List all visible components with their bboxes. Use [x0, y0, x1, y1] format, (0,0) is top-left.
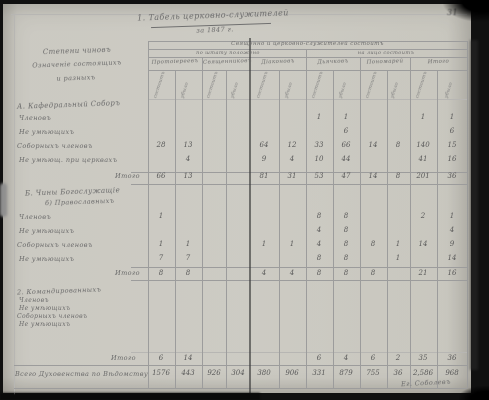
- cell-value: 36: [448, 173, 457, 180]
- grid-line: [306, 49, 307, 70]
- section-heading: 2. Командированныхъ: [17, 287, 101, 296]
- cell-value: 1: [450, 114, 454, 121]
- cell-value: 15: [448, 142, 457, 149]
- cell-value: 12: [288, 142, 297, 149]
- table-row: 49410444116: [3, 156, 471, 166]
- cell-value: 4: [317, 227, 321, 234]
- table-row: 1111: [3, 114, 471, 124]
- grid-line: [131, 267, 467, 268]
- table-row: 66138131534714820136: [3, 173, 471, 183]
- cell-value: 53: [315, 173, 324, 180]
- table-row: 61464623536: [3, 355, 471, 365]
- scan-corner-shadow: [443, 0, 489, 22]
- grid-line: [14, 365, 467, 366]
- cell-value: 8: [371, 270, 375, 277]
- cell-value: 4: [290, 270, 294, 277]
- column-header: состоитъ: [256, 71, 269, 99]
- cell-value: 1: [159, 241, 163, 248]
- section-heading: А. Кафедральный Соборъ: [17, 100, 121, 111]
- group-header: Протоіереевъ: [149, 59, 201, 66]
- cell-value: 1: [396, 255, 400, 262]
- cell-value: 21: [419, 270, 428, 277]
- cell-value: 1: [159, 213, 163, 220]
- page-edge-line-left: [14, 14, 15, 396]
- group-header: Діаконовъ: [252, 59, 304, 66]
- cell-value: 9: [262, 156, 266, 163]
- cell-value: 906: [285, 370, 298, 377]
- stub-header-line2: Означеніе состоящихъ: [13, 59, 141, 70]
- cell-value: 66: [157, 173, 166, 180]
- cell-value: 64: [260, 142, 269, 149]
- grid-line: [131, 352, 467, 353]
- cell-value: 8: [317, 270, 321, 277]
- cell-value: 14: [419, 241, 428, 248]
- grid-line: [148, 99, 467, 100]
- grid-line: [131, 280, 467, 281]
- table-row: 1576443926304380906331879755362,586968: [3, 370, 471, 380]
- section-subheading: б) Православныхъ: [45, 198, 115, 207]
- stub-header-line3: и разныхъ: [31, 73, 121, 83]
- page-title: 1. Табель церковно-служителей: [131, 9, 295, 23]
- cell-value: 1: [421, 114, 425, 121]
- table-row: 88448882116: [3, 270, 471, 280]
- scanned-page: 1. Табель церковно-служителей за 1847 г.…: [3, 4, 471, 393]
- cell-value: 28: [157, 142, 166, 149]
- cell-value: 4: [344, 355, 348, 362]
- cell-value: 6: [344, 128, 348, 135]
- scan-smudge: [0, 183, 7, 217]
- column-header: убыло: [444, 82, 454, 99]
- cell-value: 8: [344, 255, 348, 262]
- cell-value: 6: [450, 128, 454, 135]
- cell-value: 6: [159, 355, 163, 362]
- cell-value: 9: [450, 241, 454, 248]
- cell-value: 1: [396, 241, 400, 248]
- cell-value: 14: [448, 255, 457, 262]
- cell-value: 4: [290, 156, 294, 163]
- cell-value: 8: [344, 213, 348, 220]
- column-header: убыло: [338, 82, 348, 99]
- cell-value: 8: [344, 227, 348, 234]
- cell-value: 14: [369, 173, 378, 180]
- cell-value: 16: [448, 270, 457, 277]
- cell-value: 1: [450, 213, 454, 220]
- cell-value: 2: [421, 213, 425, 220]
- header-band1: Священно и церковно-служителей состоитъ: [148, 42, 467, 48]
- cell-value: 6: [317, 355, 321, 362]
- column-header: состоитъ: [311, 71, 324, 99]
- cell-value: 14: [184, 355, 193, 362]
- cell-value: 6: [371, 355, 375, 362]
- cell-value: 66: [342, 142, 351, 149]
- group-header: Священниковъ: [203, 59, 248, 66]
- cell-value: 35: [419, 355, 428, 362]
- grid-line: [131, 184, 467, 185]
- cell-value: 14: [369, 142, 378, 149]
- column-header: убыло: [284, 82, 294, 99]
- scan-edge-shadow: [0, 393, 260, 400]
- cell-value: 968: [445, 370, 458, 377]
- column-header: убыло: [180, 82, 190, 99]
- cell-value: 1: [262, 241, 266, 248]
- cell-value: 31: [288, 173, 297, 180]
- cell-value: 331: [312, 370, 325, 377]
- cell-value: 1: [344, 114, 348, 121]
- page-subtitle: за 1847 г.: [175, 26, 255, 35]
- cell-value: 44: [342, 156, 351, 163]
- cell-value: 1: [186, 241, 190, 248]
- table-row: 484: [3, 227, 471, 237]
- column-header: состоитъ: [206, 71, 219, 99]
- cell-value: 8: [371, 241, 375, 248]
- group-header: Итого: [412, 59, 465, 66]
- cell-value: 2: [396, 355, 400, 362]
- cell-value: 1: [317, 114, 321, 121]
- cell-value: 380: [257, 370, 270, 377]
- cell-value: 140: [416, 142, 429, 149]
- cell-value: 755: [366, 370, 379, 377]
- stub-header-line1: Степени чиновъ: [19, 46, 135, 57]
- cell-value: 2,586: [413, 370, 433, 377]
- column-header: состоитъ: [415, 71, 428, 99]
- column-header: состоитъ: [365, 71, 378, 99]
- table-row: 11114881149: [3, 241, 471, 251]
- cell-value: 1576: [152, 370, 170, 377]
- cell-value: 926: [207, 370, 220, 377]
- cell-value: 7: [186, 255, 190, 262]
- scan-edge-shadow: [470, 40, 478, 370]
- cell-value: 443: [181, 370, 194, 377]
- cell-value: 201: [416, 173, 429, 180]
- grid-line: [360, 57, 361, 70]
- cell-value: 4: [450, 227, 454, 234]
- cell-value: 4: [262, 270, 266, 277]
- cell-value: 10: [315, 156, 324, 163]
- cell-value: 8: [186, 270, 190, 277]
- cell-value: 13: [184, 173, 193, 180]
- cell-value: 13: [184, 142, 193, 149]
- cell-value: 8: [344, 270, 348, 277]
- table-row: [3, 321, 471, 331]
- group-header: Пономарей: [362, 59, 408, 66]
- header-band2-right: на лицо состоитъ: [310, 51, 462, 56]
- header-band2-left: по штату положено: [153, 51, 303, 56]
- cell-value: 879: [339, 370, 352, 377]
- cell-value: 4: [317, 241, 321, 248]
- cell-value: 8: [396, 142, 400, 149]
- table-row: 18821: [3, 213, 471, 223]
- cell-value: 8: [317, 213, 321, 220]
- column-header: убыло: [390, 82, 400, 99]
- grid-line: [410, 57, 411, 70]
- cell-value: 36: [448, 355, 457, 362]
- cell-value: 36: [394, 370, 403, 377]
- scan-corner-shadow: [459, 386, 489, 400]
- cell-value: 47: [342, 173, 351, 180]
- cell-value: 81: [260, 173, 269, 180]
- grid-line: [14, 388, 467, 389]
- group-header: Дьячковъ: [308, 59, 358, 66]
- table-row: 28136412336614814015: [3, 142, 471, 152]
- cell-value: 8: [344, 241, 348, 248]
- cell-value: 16: [448, 156, 457, 163]
- cell-value: 8: [317, 255, 321, 262]
- cell-value: 33: [315, 142, 324, 149]
- grid-line: [148, 70, 467, 71]
- cell-value: 8: [159, 270, 163, 277]
- cell-value: 4: [186, 156, 190, 163]
- column-header: убыло: [230, 82, 240, 99]
- cell-value: 1: [290, 241, 294, 248]
- cell-value: 8: [396, 173, 400, 180]
- cell-value: 7: [159, 255, 163, 262]
- column-header: состоитъ: [153, 71, 166, 99]
- table-row: 7788114: [3, 255, 471, 265]
- table-row: 66: [3, 128, 471, 138]
- cell-value: 304: [231, 370, 244, 377]
- cell-value: 41: [419, 156, 428, 163]
- signature: Ег. Соболевъ: [401, 379, 451, 388]
